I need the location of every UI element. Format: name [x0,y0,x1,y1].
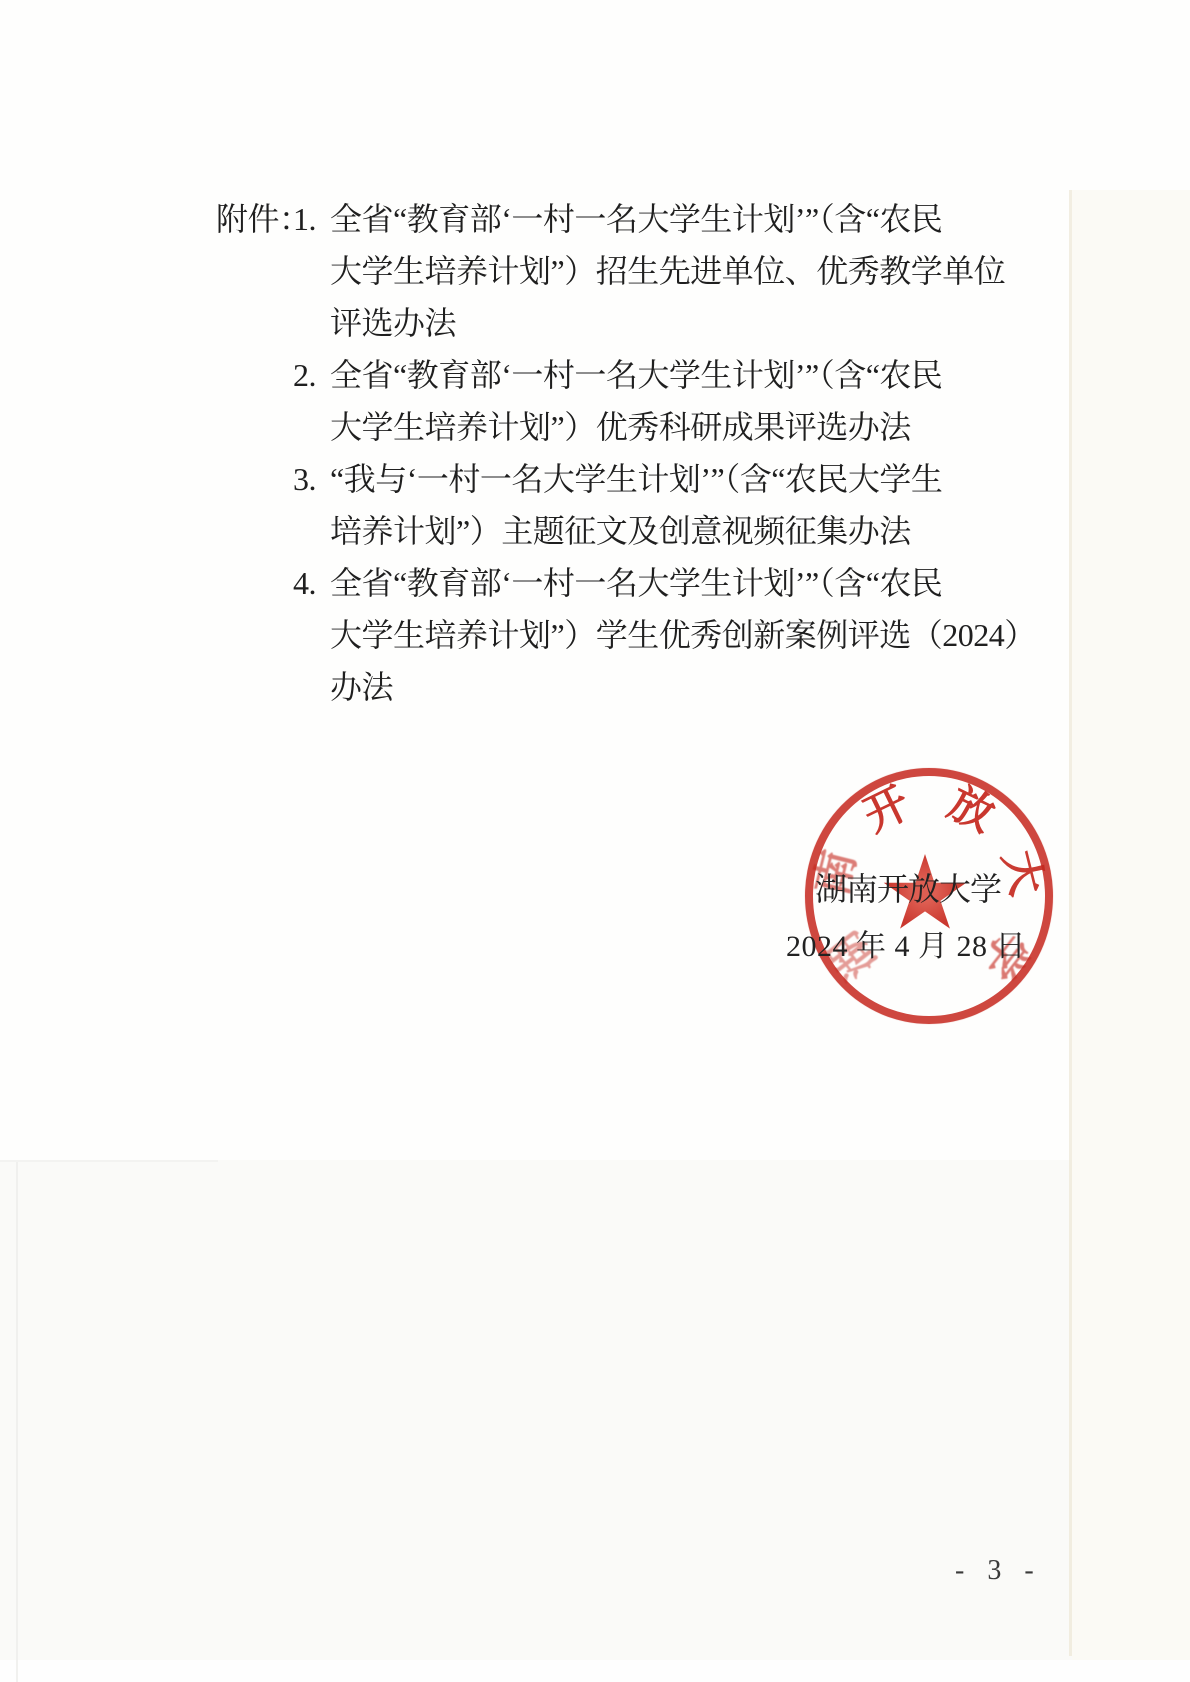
item-lines: 全省“教育部‘一村一名大学生计划’”（含“农民大学生培养计划”）优秀科研成果评选… [330,349,1036,453]
item-marker: 3. [293,453,330,505]
item-line: 评选办法 [330,297,1036,349]
attachment-item: 4.全省“教育部‘一村一名大学生计划’”（含“农民大学生培养计划”）学生优秀创新… [293,557,1036,713]
page-number: - 3 - [955,1553,1042,1589]
item-lines: “我与‘一村一名大学生计划’”（含“农民大学生培养计划”）主题征文及创意视频征集… [330,453,1036,557]
scan-edge-line-horizontal [0,1160,218,1162]
scan-tone-bottom-strip [0,1660,1190,1682]
item-line: 办法 [330,661,1036,713]
item-marker: 2. [293,349,330,401]
item-line: 全省“教育部‘一村一名大学生计划’”（含“农民 [330,193,1036,245]
item-line: 大学生培养计划”）学生优秀创新案例评选（2024） [330,609,1036,661]
item-line: 大学生培养计划”）优秀科研成果评选办法 [330,401,1036,453]
signature-date: 2024 年 4 月 28 日 [786,927,1026,967]
attachment-item: 1.全省“教育部‘一村一名大学生计划’”（含“农民大学生培养计划”）招生先进单位… [293,193,1036,349]
item-marker: 4. [293,557,330,609]
scan-edge-line-left [16,1162,18,1682]
attachment-item: 3.“我与‘一村一名大学生计划’”（含“农民大学生培养计划”）主题征文及创意视频… [293,453,1036,557]
attachment-items: 1.全省“教育部‘一村一名大学生计划’”（含“农民大学生培养计划”）招生先进单位… [293,193,1036,713]
scan-tone-right [1072,190,1190,1660]
item-lines: 全省“教育部‘一村一名大学生计划’”（含“农民大学生培养计划”）学生优秀创新案例… [330,557,1036,713]
scan-tone-bottom [0,1160,1190,1682]
item-marker: 1. [293,193,330,245]
item-line: 培养计划”）主题征文及创意视频征集办法 [330,505,1036,557]
scan-edge-line-vertical [1069,190,1072,1656]
item-lines: 全省“教育部‘一村一名大学生计划’”（含“农民大学生培养计划”）招生先进单位、优… [330,193,1036,349]
item-line: 大学生培养计划”）招生先进单位、优秀教学单位 [330,245,1036,297]
item-line: “我与‘一村一名大学生计划’”（含“农民大学生 [330,453,1036,505]
document-page: 附件： 1.全省“教育部‘一村一名大学生计划’”（含“农民大学生培养计划”）招生… [0,0,1190,1682]
item-line: 全省“教育部‘一村一名大学生计划’”（含“农民 [330,349,1036,401]
signature-organization: 湖南开放大学 [815,869,1001,909]
attachment-item: 2.全省“教育部‘一村一名大学生计划’”（含“农民大学生培养计划”）优秀科研成果… [293,349,1036,453]
item-line: 全省“教育部‘一村一名大学生计划’”（含“农民 [330,557,1036,609]
